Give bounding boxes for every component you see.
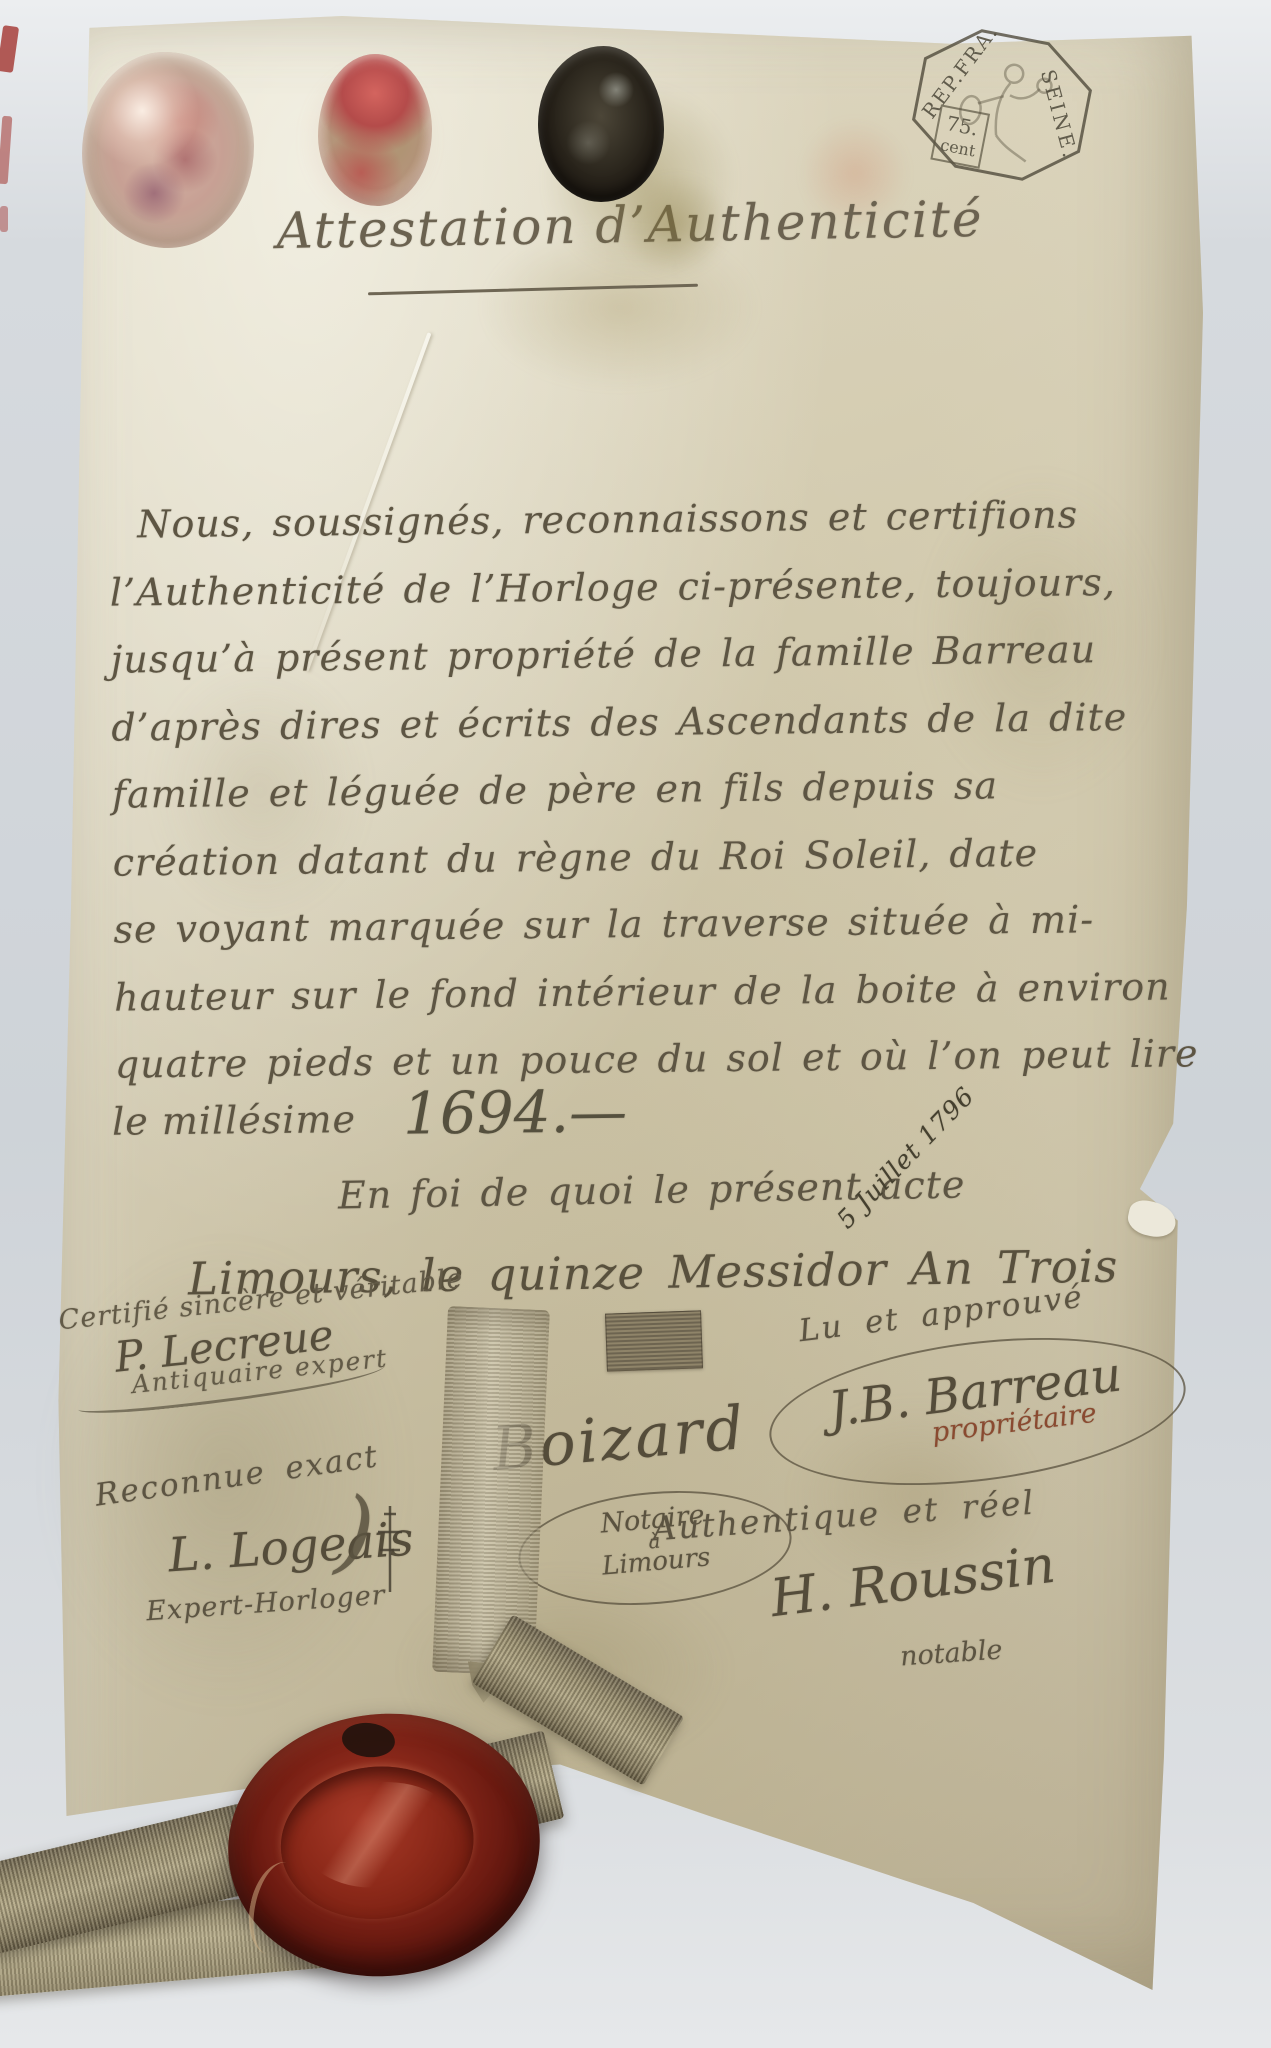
red-mark <box>0 116 12 185</box>
ribbon-patch <box>605 1310 703 1371</box>
red-mark <box>0 206 8 232</box>
body-line: hauteur sur le fond intérieur de la boit… <box>114 953 1185 1032</box>
body-text: Nous, soussignés, reconnaissons et certi… <box>109 480 1185 1099</box>
vintage-line: le millésime 1694.— <box>112 1075 628 1148</box>
seal-dark-notch <box>340 1720 396 1759</box>
body-line: famille et léguée de père en fils depuis… <box>112 750 1183 829</box>
stamp-denomination-box: 75. cent <box>930 104 990 169</box>
body-line: se voyant marquée sur la traverse située… <box>113 885 1184 964</box>
vintage-year: 1694.— <box>403 1077 628 1147</box>
body-line: d’après dires et écrits des Ascendants d… <box>111 683 1182 762</box>
vintage-prefix: le millésime <box>112 1097 356 1144</box>
body-line: jusqu’à présent propriété de la famille … <box>110 615 1181 694</box>
body-line: création datant du règne du Roi Soleil, … <box>112 818 1183 897</box>
body-line: l’Authenticité de l’Horloge ci-présente,… <box>110 548 1181 627</box>
body-line: Nous, soussignés, reconnaissons et certi… <box>109 480 1180 559</box>
notarial-mark-icon <box>372 1502 408 1598</box>
photo-of-document: REP.FRA. SEINE. 75. cent Attestation d’A… <box>0 0 1271 2048</box>
red-mark <box>0 25 19 73</box>
